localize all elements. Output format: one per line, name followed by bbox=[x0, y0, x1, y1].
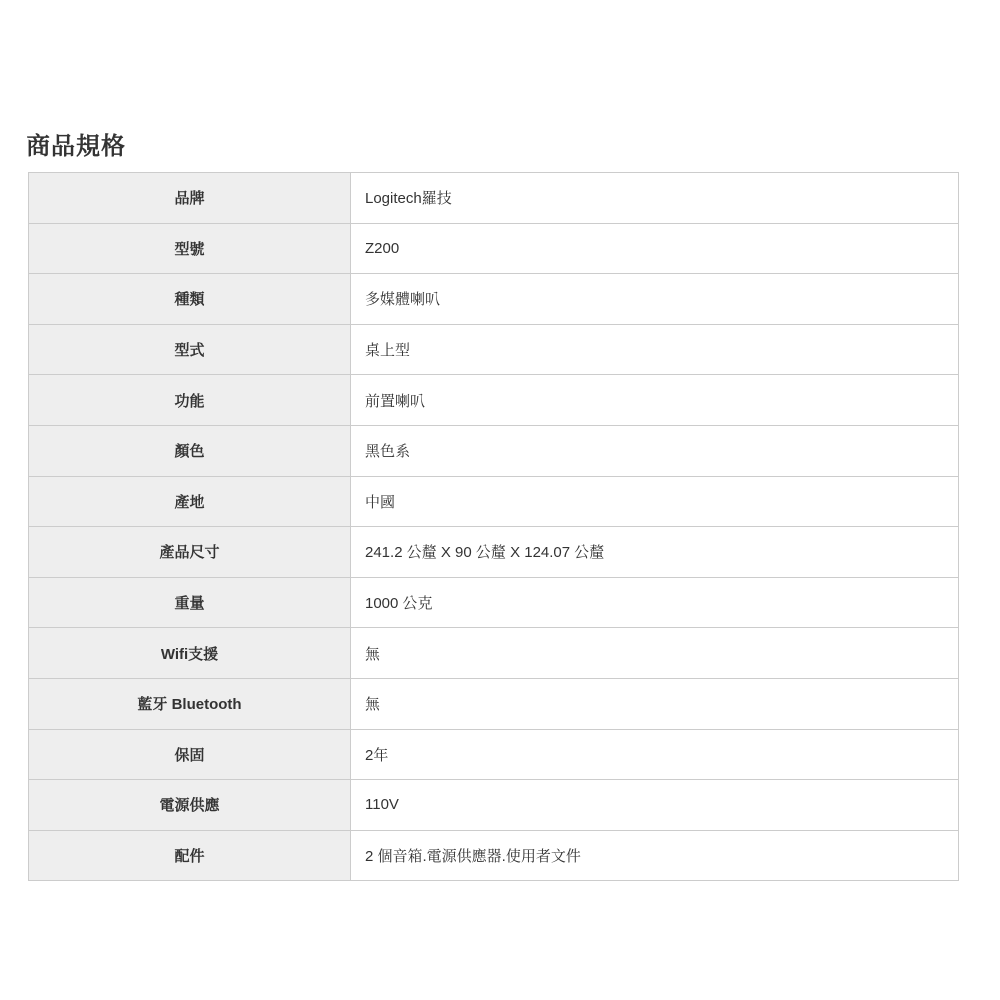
spec-table-row: 電源供應 110V bbox=[29, 780, 959, 831]
section-title: 商品規格 bbox=[26, 126, 126, 161]
spec-table-body: 品牌 Logitech羅技 型號 Z200 種類 多媒體喇叭 型式 桌上型 功能… bbox=[29, 173, 959, 881]
spec-table-row: 保固 2年 bbox=[29, 729, 959, 780]
spec-label: 品牌 bbox=[29, 173, 351, 224]
spec-table-row: 重量 1000 公克 bbox=[29, 577, 959, 628]
spec-table: 品牌 Logitech羅技 型號 Z200 種類 多媒體喇叭 型式 桌上型 功能… bbox=[28, 172, 959, 881]
spec-table-row: 品牌 Logitech羅技 bbox=[29, 173, 959, 224]
product-spec-page: 商品規格 品牌 Logitech羅技 型號 Z200 種類 多媒體喇叭 型式 桌… bbox=[0, 0, 1000, 1000]
spec-value: 2年 bbox=[351, 729, 959, 780]
spec-table-row: 產品尺寸 241.2 公釐 X 90 公釐 X 124.07 公釐 bbox=[29, 527, 959, 578]
spec-label: 功能 bbox=[29, 375, 351, 426]
spec-value: 無 bbox=[351, 628, 959, 679]
spec-label: 保固 bbox=[29, 729, 351, 780]
spec-value: Logitech羅技 bbox=[351, 173, 959, 224]
spec-table-row: 型式 桌上型 bbox=[29, 324, 959, 375]
spec-label: 型式 bbox=[29, 324, 351, 375]
spec-label: 顏色 bbox=[29, 425, 351, 476]
spec-label: 產品尺寸 bbox=[29, 527, 351, 578]
spec-table-row: 配件 2 個音箱.電源供應器.使用者文件 bbox=[29, 830, 959, 881]
spec-label: 型號 bbox=[29, 223, 351, 274]
spec-value: 110V bbox=[351, 780, 959, 831]
spec-label: 種類 bbox=[29, 274, 351, 325]
spec-value: 中國 bbox=[351, 476, 959, 527]
spec-label: 配件 bbox=[29, 830, 351, 881]
spec-table-row: 種類 多媒體喇叭 bbox=[29, 274, 959, 325]
spec-label: Wifi支援 bbox=[29, 628, 351, 679]
spec-label: 電源供應 bbox=[29, 780, 351, 831]
spec-value: 黑色系 bbox=[351, 425, 959, 476]
spec-value: 桌上型 bbox=[351, 324, 959, 375]
spec-table-row: 功能 前置喇叭 bbox=[29, 375, 959, 426]
spec-value: 多媒體喇叭 bbox=[351, 274, 959, 325]
spec-table-row: Wifi支援 無 bbox=[29, 628, 959, 679]
spec-value: 241.2 公釐 X 90 公釐 X 124.07 公釐 bbox=[351, 527, 959, 578]
spec-value: 無 bbox=[351, 678, 959, 729]
spec-table-row: 藍牙 Bluetooth 無 bbox=[29, 678, 959, 729]
spec-table-row: 顏色 黑色系 bbox=[29, 425, 959, 476]
spec-label: 藍牙 Bluetooth bbox=[29, 678, 351, 729]
spec-value: 前置喇叭 bbox=[351, 375, 959, 426]
spec-label: 重量 bbox=[29, 577, 351, 628]
spec-value: 1000 公克 bbox=[351, 577, 959, 628]
spec-table-row: 型號 Z200 bbox=[29, 223, 959, 274]
spec-table-row: 產地 中國 bbox=[29, 476, 959, 527]
spec-value: 2 個音箱.電源供應器.使用者文件 bbox=[351, 830, 959, 881]
spec-value: Z200 bbox=[351, 223, 959, 274]
spec-label: 產地 bbox=[29, 476, 351, 527]
